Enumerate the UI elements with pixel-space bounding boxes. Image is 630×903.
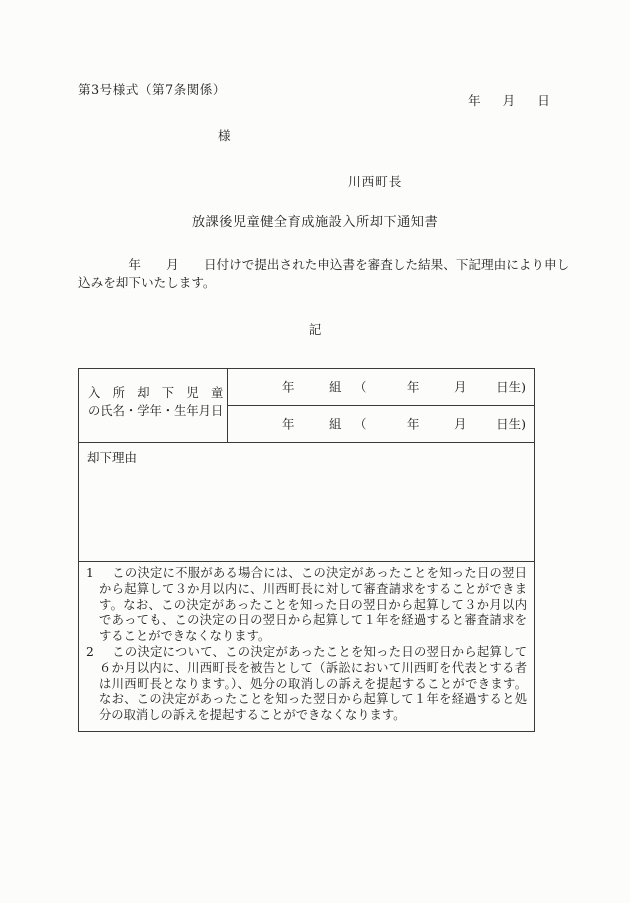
- grade-year-label: 年: [282, 415, 295, 433]
- date-year-label: 年: [468, 92, 481, 110]
- grade-class-label: 組: [329, 378, 342, 396]
- note-item: 2この決定について、この決定があったことを知った日の翌日から起算して６か月以内に…: [86, 645, 527, 724]
- child-info-row-group: 入 所 却 下 児 童 の氏名・学年・生年月日 年 組 （ 年 月 日生) 年 …: [79, 369, 534, 443]
- document-title: 放課後児童健全育成施設入所却下通知書: [0, 214, 630, 232]
- child-label-line-1: 入 所 却 下 児 童: [88, 384, 227, 402]
- birth-year-label: 年: [407, 415, 420, 433]
- grade-year-label: 年: [282, 378, 295, 396]
- intro-paragraph: 年 月 日付けで提出された申込書を審査した結果、下記理由により申し 込みを却下い…: [78, 256, 578, 292]
- rejection-reason-cell: 却下理由: [79, 443, 534, 562]
- child-label-line-2: の氏名・学年・生年月日: [88, 402, 227, 420]
- child-label-cell: 入 所 却 下 児 童 の氏名・学年・生年月日: [79, 369, 228, 442]
- open-paren: （: [354, 378, 367, 396]
- intro-line-1: 年 月 日付けで提出された申込書を審査した結果、下記理由により申し: [78, 256, 578, 274]
- child-info-table: 入 所 却 下 児 童 の氏名・学年・生年月日 年 組 （ 年 月 日生) 年 …: [78, 368, 535, 732]
- birth-day-label: 日生): [496, 378, 526, 396]
- note-text: この決定に不服がある場合には、この決定があったことを知った日の翌日から起算して３…: [99, 566, 527, 643]
- date-line: 年 月 日: [468, 92, 550, 110]
- birth-day-label: 日生): [496, 415, 526, 433]
- open-paren: （: [354, 415, 367, 433]
- note-number: 2: [86, 645, 112, 661]
- birth-month-label: 月: [454, 415, 467, 433]
- date-month-label: 月: [503, 92, 516, 110]
- form-number: 第3号様式（第7条関係）: [78, 81, 226, 99]
- birth-month-label: 月: [454, 378, 467, 396]
- note-item: 1この決定に不服がある場合には、この決定があったことを知った日の翌日から起算して…: [86, 566, 527, 645]
- grade-class-label: 組: [329, 415, 342, 433]
- date-day-label: 日: [537, 92, 550, 110]
- birth-year-label: 年: [407, 378, 420, 396]
- appeal-notes-cell: 1この決定に不服がある場合には、この決定があったことを知った日の翌日から起算して…: [79, 562, 534, 731]
- document-page: 第3号様式（第7条関係） 年 月 日 様 川西町長 放課後児童健全育成施設入所却…: [0, 0, 630, 903]
- addressee-honorific: 様: [218, 127, 231, 145]
- record-marker: 記: [0, 321, 630, 339]
- intro-line-2: 込みを却下いたします。: [78, 274, 578, 292]
- grade-row-1: 年 組 （ 年 月 日生): [228, 369, 534, 406]
- note-text: この決定について、この決定があったことを知った日の翌日から起算して６か月以内に、…: [99, 645, 527, 722]
- grade-rows: 年 組 （ 年 月 日生) 年 組 （ 年 月 日生): [228, 369, 534, 442]
- sender-name: 川西町長: [348, 173, 402, 191]
- grade-row-2: 年 組 （ 年 月 日生): [228, 406, 534, 442]
- note-number: 1: [86, 566, 112, 582]
- rejection-reason-label: 却下理由: [87, 450, 137, 465]
